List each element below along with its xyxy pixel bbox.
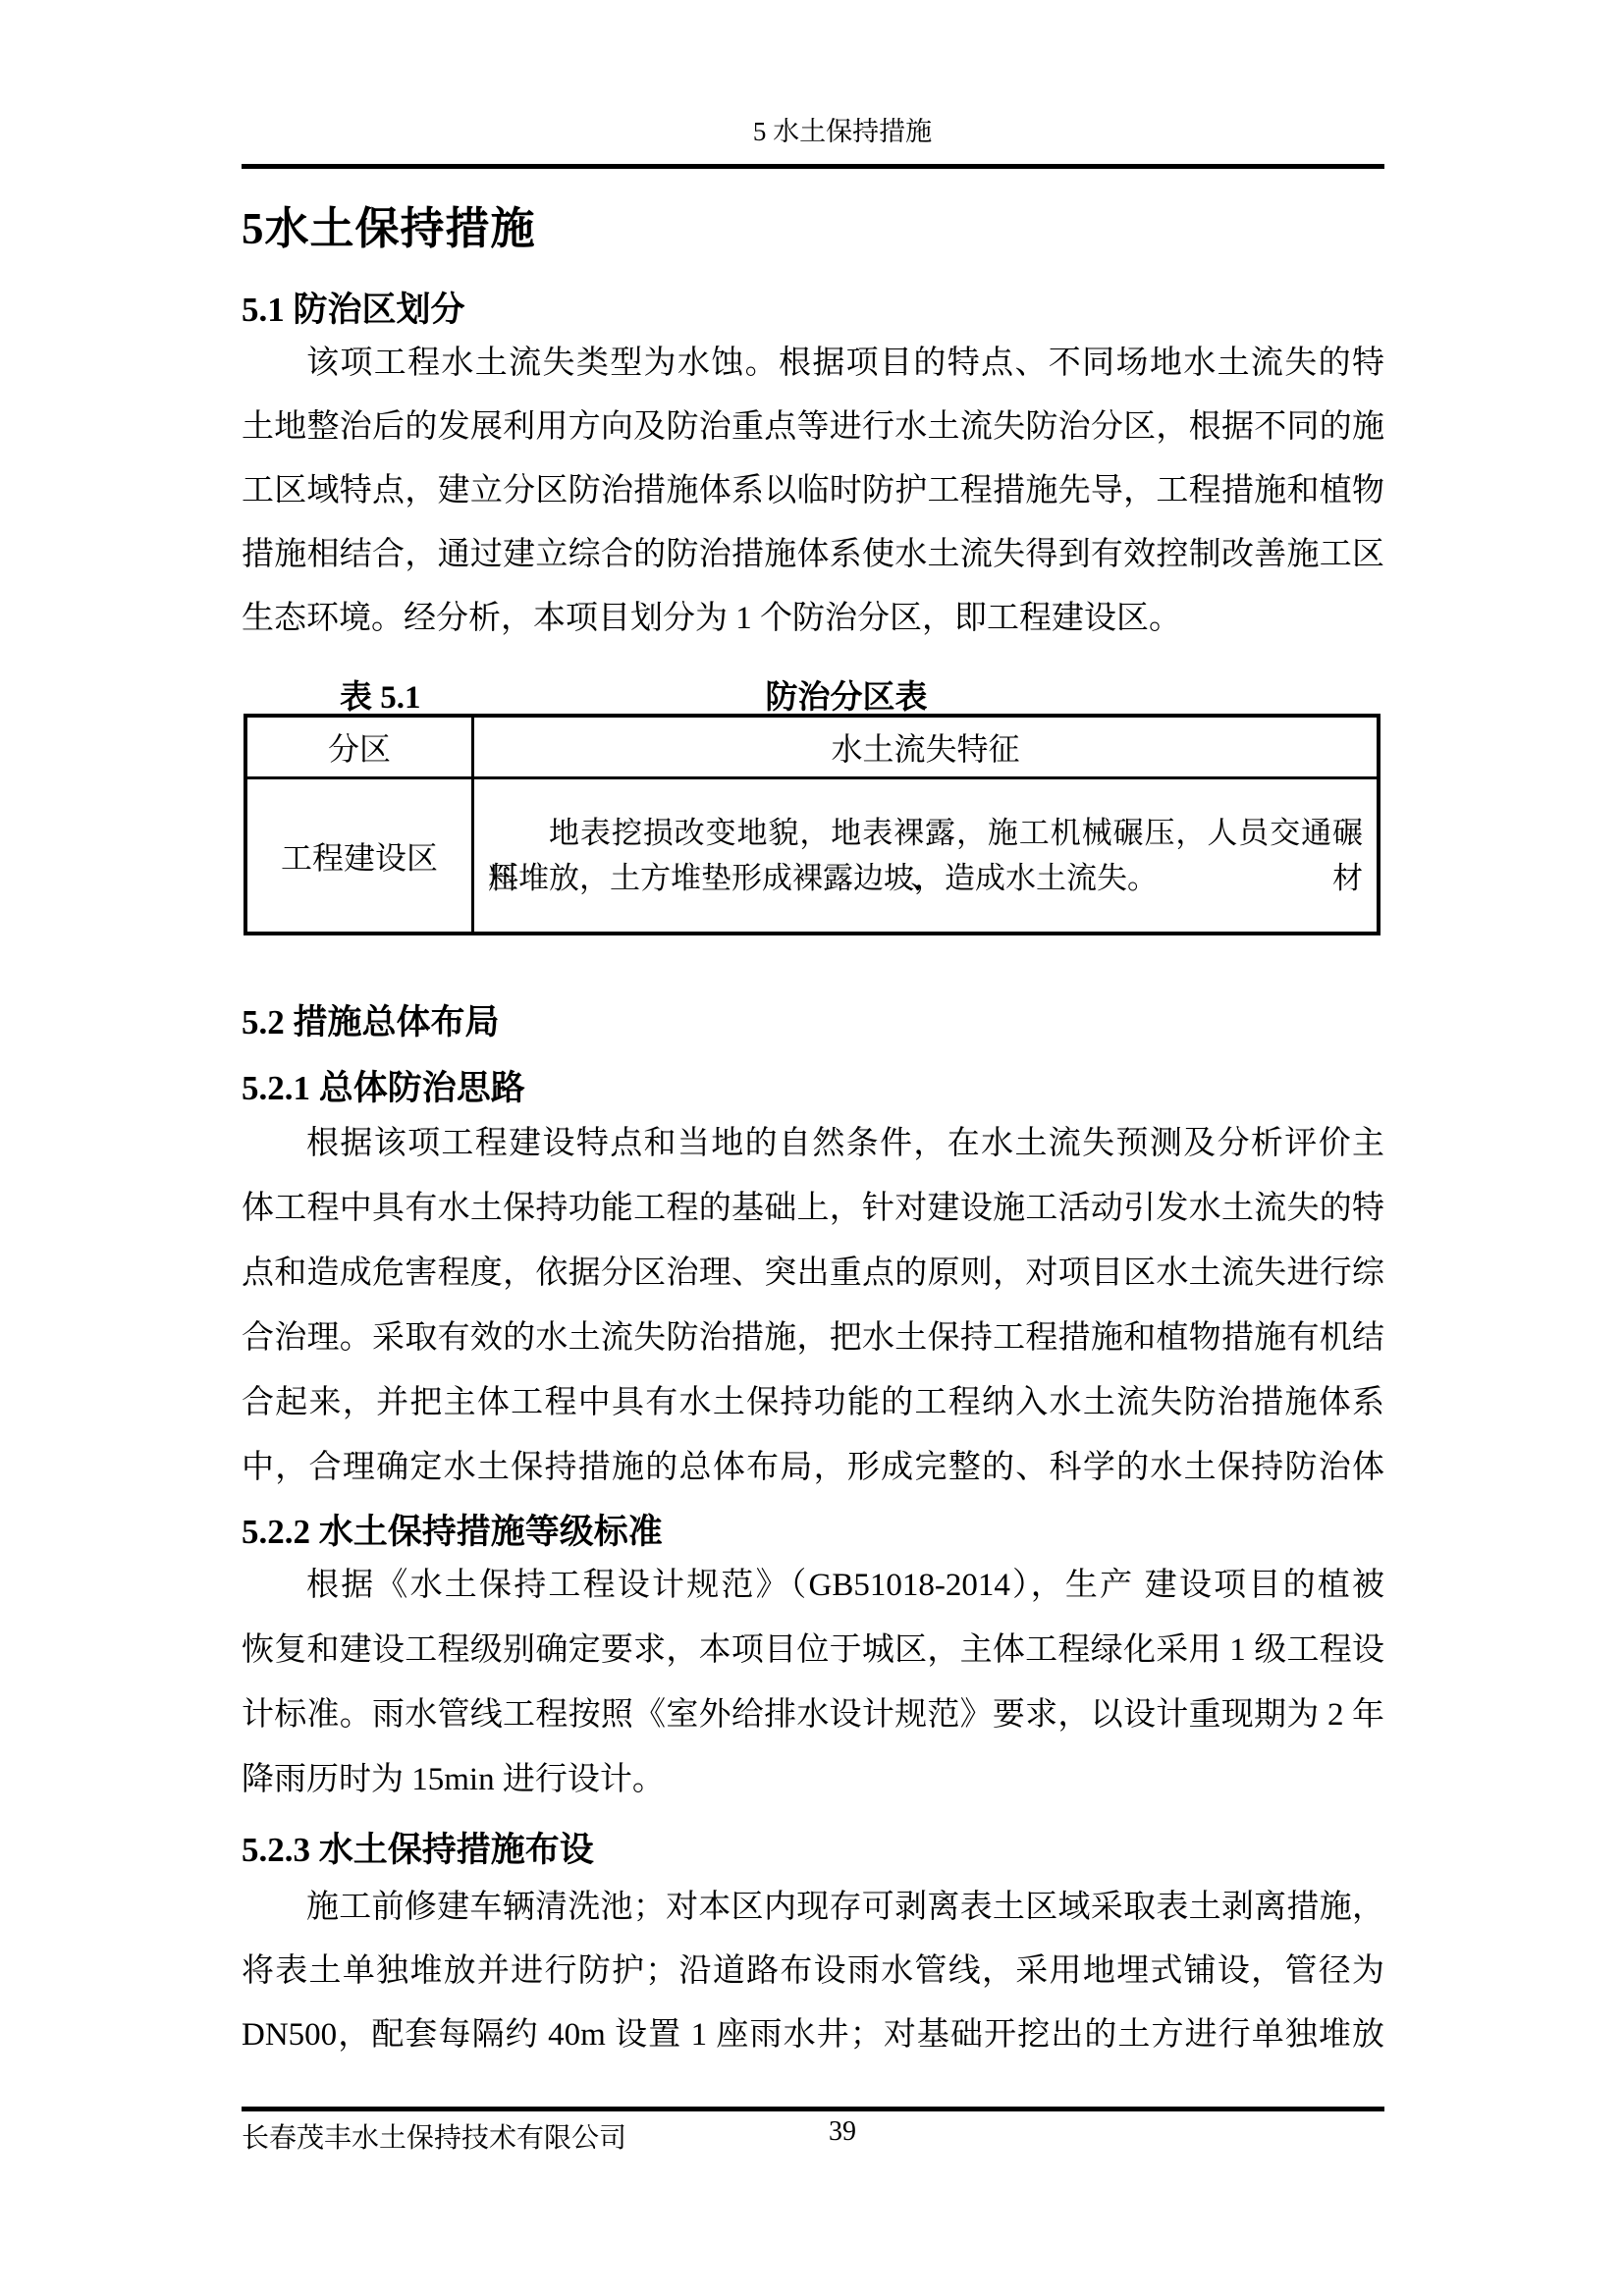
document-page: 5 水土保持措施 5水土保持措施 5.1 防治区划分 该项工程水土流失类型为水蚀…: [0, 0, 1624, 2296]
running-header: 5 水土保持措施: [271, 110, 1414, 148]
table-cell-feature-text: 地表挖损改变地貌，地表裸露，施工机械碾压，人员交通碾压、材料堆放，土方堆垫形成裸…: [474, 811, 1377, 901]
heading-5-2-1: 5.2.1 总体防治思路: [242, 1061, 1384, 1110]
table-cell-feature: 地表挖损改变地貌，地表裸露，施工机械碾压，人员交通碾压、材料堆放，土方堆垫形成裸…: [473, 778, 1380, 934]
table-header-row: 分区 水土流失特征: [245, 716, 1379, 778]
page-title: 5水土保持措施: [242, 192, 1384, 256]
paragraph-5-2-3: 施工前修建车辆清洗池；对本区内现存可剥离表土区域采取表土剥离措施，将表土单独堆放…: [242, 1876, 1384, 2067]
heading-5-2-2: 5.2.2 水土保持措施等级标准: [242, 1505, 1384, 1554]
table-row: 工程建设区 地表挖损改变地貌，地表裸露，施工机械碾压，人员交通碾压、材料堆放，土…: [245, 778, 1379, 934]
paragraph-5-2-2: 根据《水土保持工程设计规范》（GB51018-2014），生产 建设项目的植被恢…: [242, 1553, 1384, 1812]
paragraph-5-1: 该项工程水土流失类型为水蚀。根据项目的特点、不同场地水土流失的特征、土地整治后的…: [242, 332, 1384, 651]
footer-rule: [242, 2107, 1384, 2111]
heading-5-1: 5.1 防治区划分: [242, 283, 1384, 332]
prevention-zone-table: 分区 水土流失特征 工程建设区 地表挖损改变地貌，地表裸露，施工机械碾压，人员交…: [244, 714, 1380, 935]
paragraph-5-2-1: 根据该项工程建设特点和当地的自然条件，在水土流失预测及分析评价主体工程中具有水土…: [242, 1111, 1384, 1500]
heading-5-2-3: 5.2.3 水土保持措施布设: [242, 1823, 1384, 1872]
table-caption-title: 防治分区表: [275, 671, 1418, 718]
table-cell-zone: 工程建设区: [245, 778, 473, 934]
table-header-zone: 分区: [245, 716, 473, 778]
heading-5-2: 5.2 措施总体布局: [242, 995, 1384, 1044]
document-footer: 长春茂丰水土保持技术有限公司 39: [242, 2116, 1384, 2156]
header-rule: [242, 164, 1384, 169]
table-header-feature: 水土流失特征: [473, 716, 1380, 778]
footer-page-number: 39: [271, 2116, 1414, 2148]
table-caption: 表 5.1 防治分区表: [242, 671, 1384, 711]
